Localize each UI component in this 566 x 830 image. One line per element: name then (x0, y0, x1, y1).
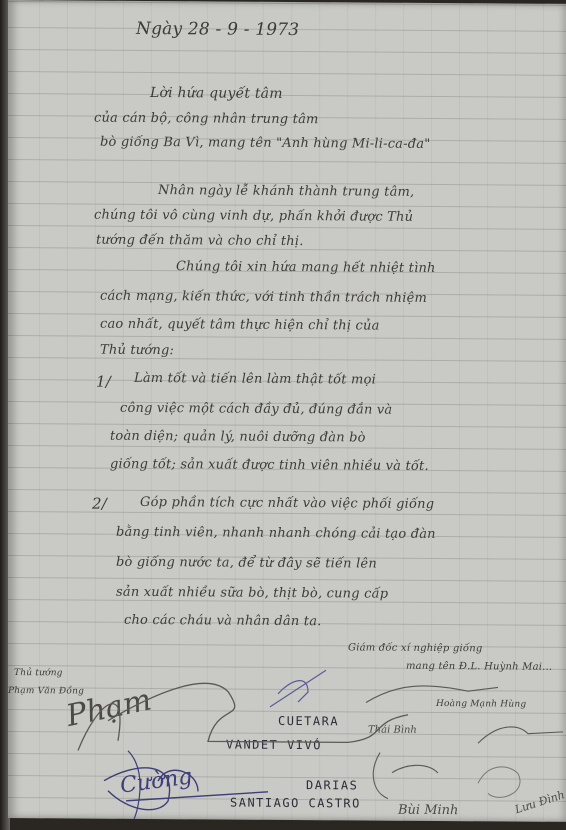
right-signature-label-3: Hoàng Mạnh Hùng (436, 699, 526, 710)
item-2-line-4: sản xuất nhiều sữa bò, thịt bò, cung cấp (116, 585, 388, 602)
printed-name-vandet-vivo: VANDET VIVÓ (226, 738, 322, 753)
paragraph-2-line-4: Thủ tướng: (100, 343, 174, 359)
signature-scribble-4: Lưu Đình (513, 788, 566, 816)
item-1-line-3: toàn diện; quản lý, nuôi dưỡng đàn bò (110, 429, 366, 446)
paragraph-1-line-3: tướng đến thăm và cho chỉ thị. (96, 233, 304, 249)
signature-scribble-3: Bùi Minh (398, 803, 458, 818)
printed-name-santiago-castro: SANTIAGO CASTRO (230, 796, 361, 811)
item-2-number: 2/ (92, 495, 107, 513)
left-signature-label-1: Thủ tướng (14, 668, 63, 678)
signature-scribble-5: Cường (119, 764, 194, 798)
date-line: Ngày 28 - 9 - 1973 (136, 19, 299, 40)
item-2-line-1: Góp phần tích cực nhất vào việc phối giố… (140, 495, 434, 512)
item-1-line-1: Làm tốt và tiến lên làm thật tốt mọi (134, 371, 376, 388)
signature-scribble-2: Thái Bình (368, 725, 417, 736)
item-1-line-2: công việc một cách đầy đủ, đúng đắn và (120, 401, 392, 418)
notebook-page: Ngày 28 - 9 - 1973 Lời hứa quyết tâm của… (8, 0, 566, 822)
right-signature-label-2: mang tên Đ.L. Huỳnh Mai... (406, 661, 552, 673)
printed-name-darias: DARIAS (306, 778, 358, 792)
subtitle-line-1: của cán bộ, công nhân trung tâm (94, 111, 319, 128)
document-title: Lời hứa quyết tâm (150, 85, 283, 102)
left-signature-label-2: Phạm Văn Đồng (8, 686, 84, 697)
item-1-line-4: giống tốt; sản xuất được tinh viên nhiều… (110, 457, 429, 474)
printed-name-cuetara: CUETARA (278, 714, 339, 728)
right-signature-label-1: Giám đốc xí nghiệp giống (348, 642, 482, 654)
item-2-line-2: bằng tinh viên, nhanh nhanh chóng cải tạ… (116, 525, 436, 542)
paragraph-1-line-1: Nhân ngày lễ khánh thành trung tâm, (158, 183, 414, 200)
paragraph-1-line-2: chúng tôi vô cùng vinh dự, phấn khởi đượ… (94, 208, 413, 225)
paragraph-2-line-1: Chúng tôi xin hứa mang hết nhiệt tình (176, 259, 436, 276)
subtitle-line-2: bò giống Ba Vì, mang tên "Anh hùng Mi-li… (100, 135, 430, 152)
paragraph-2-line-2: cách mạng, kiến thức, với tinh thần trác… (100, 289, 427, 306)
item-2-line-5: cho các cháu và nhân dân ta. (124, 613, 321, 629)
item-2-line-3: bò giống nước ta, để từ đây sẽ tiến lên (116, 555, 377, 572)
item-1-number: 1/ (96, 373, 111, 391)
paragraph-2-line-3: cao nhất, quyết tâm thực hiện chỉ thị củ… (100, 317, 380, 334)
